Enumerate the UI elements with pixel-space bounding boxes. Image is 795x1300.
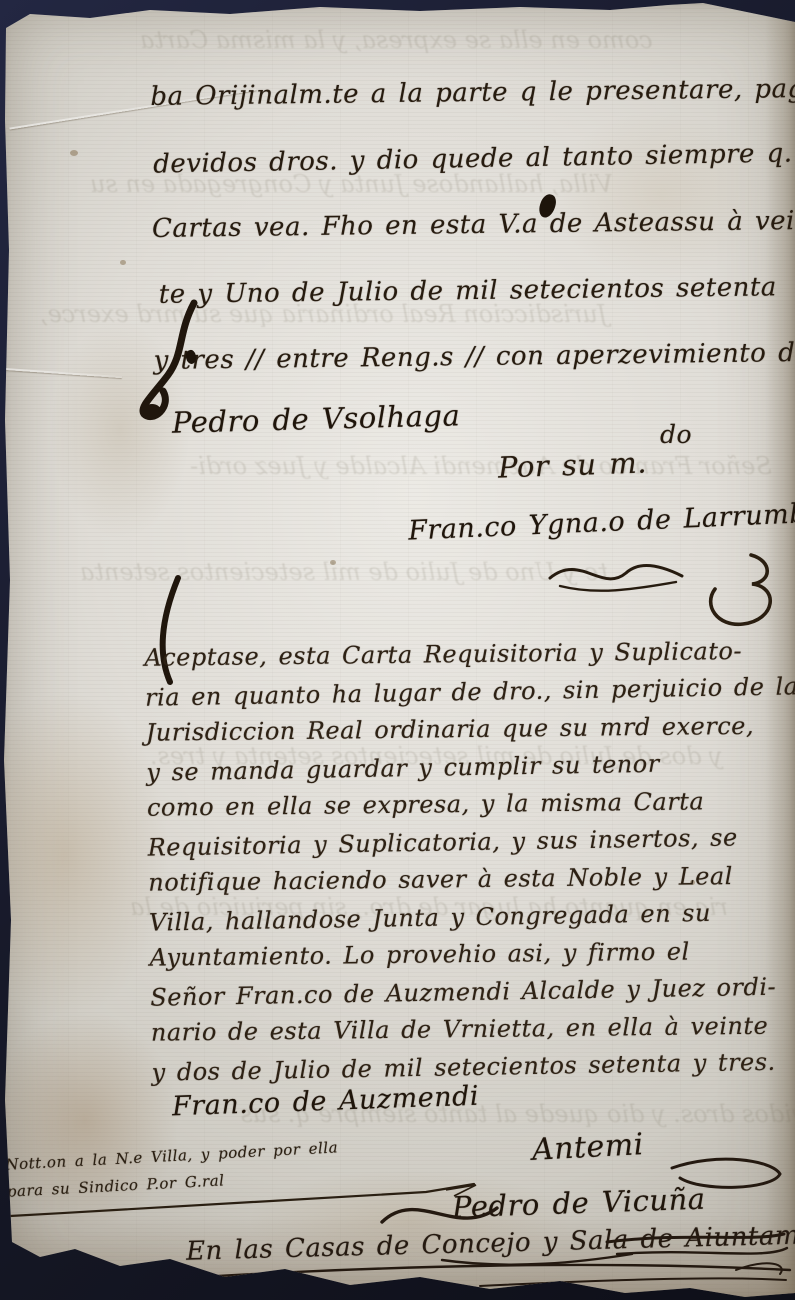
- manuscript-line: Jurisdiccion Real ordinaria que su mrd e…: [146, 707, 795, 752]
- paper-crease: [2, 368, 122, 378]
- manuscript-line: Aceptase, esta Carta Requisitoria y Supl…: [144, 632, 794, 677]
- acceptance-auto-block: Aceptase, esta Carta Requisitoria y Supl…: [144, 630, 795, 1091]
- paper-stain: [0, 690, 170, 1020]
- signature-pedro-de-vsolhaga: Pedro de Vsolhaga: [172, 398, 461, 440]
- paraph-loop: [693, 545, 783, 635]
- manuscript-line: como en ella se expresa, y la misma Cart…: [147, 782, 795, 827]
- manuscript-line: y tres // entre Reng.s // con aperzevimi…: [153, 320, 795, 394]
- fox-spot: [70, 150, 78, 156]
- manuscript-line: ba Orijinalm.te a la parte q le presenta…: [150, 56, 795, 130]
- por-su-mandado-superscript: do: [660, 420, 692, 449]
- manuscript-photo: como en ella se expresa, y la misma Cart…: [0, 0, 795, 1300]
- signature-larrumbide: Fran.co Ygna.o de Larrumbide: [408, 496, 795, 546]
- manuscript-line: notifique haciendo saver à esta Noble y …: [148, 857, 795, 902]
- show-through-text: Señor Fran.co de Auzmendi Alcalde y Juez…: [190, 452, 772, 480]
- por-su-mandado-text: Por su m.: [497, 445, 647, 484]
- manuscript-page: como en ella se expresa, y la misma Cart…: [0, 0, 795, 1300]
- manuscript-line: nario de esta Villa de Vrnietta, en ella…: [151, 1007, 795, 1052]
- manuscript-line: devidos dros. y dio quede al tanto siemp…: [153, 120, 795, 197]
- rubric-flourish: [540, 548, 690, 598]
- manuscript-line: Cartas vea. Fho en esta V.a de Asteassu …: [152, 188, 795, 262]
- manuscript-line: Ayuntamiento. Lo provehio asi, y firmo e…: [149, 932, 795, 977]
- manuscript-line: te y Uno de Julio de mil setecientos set…: [158, 254, 795, 328]
- requisitoria-closing-block: ba Orijinalm.te a la parte q le presenta…: [150, 56, 795, 394]
- show-through-text: como en ella se expresa, y la misma Cart…: [140, 26, 653, 54]
- fox-spot: [120, 260, 126, 265]
- final-line-underline-flourish: [180, 1252, 795, 1294]
